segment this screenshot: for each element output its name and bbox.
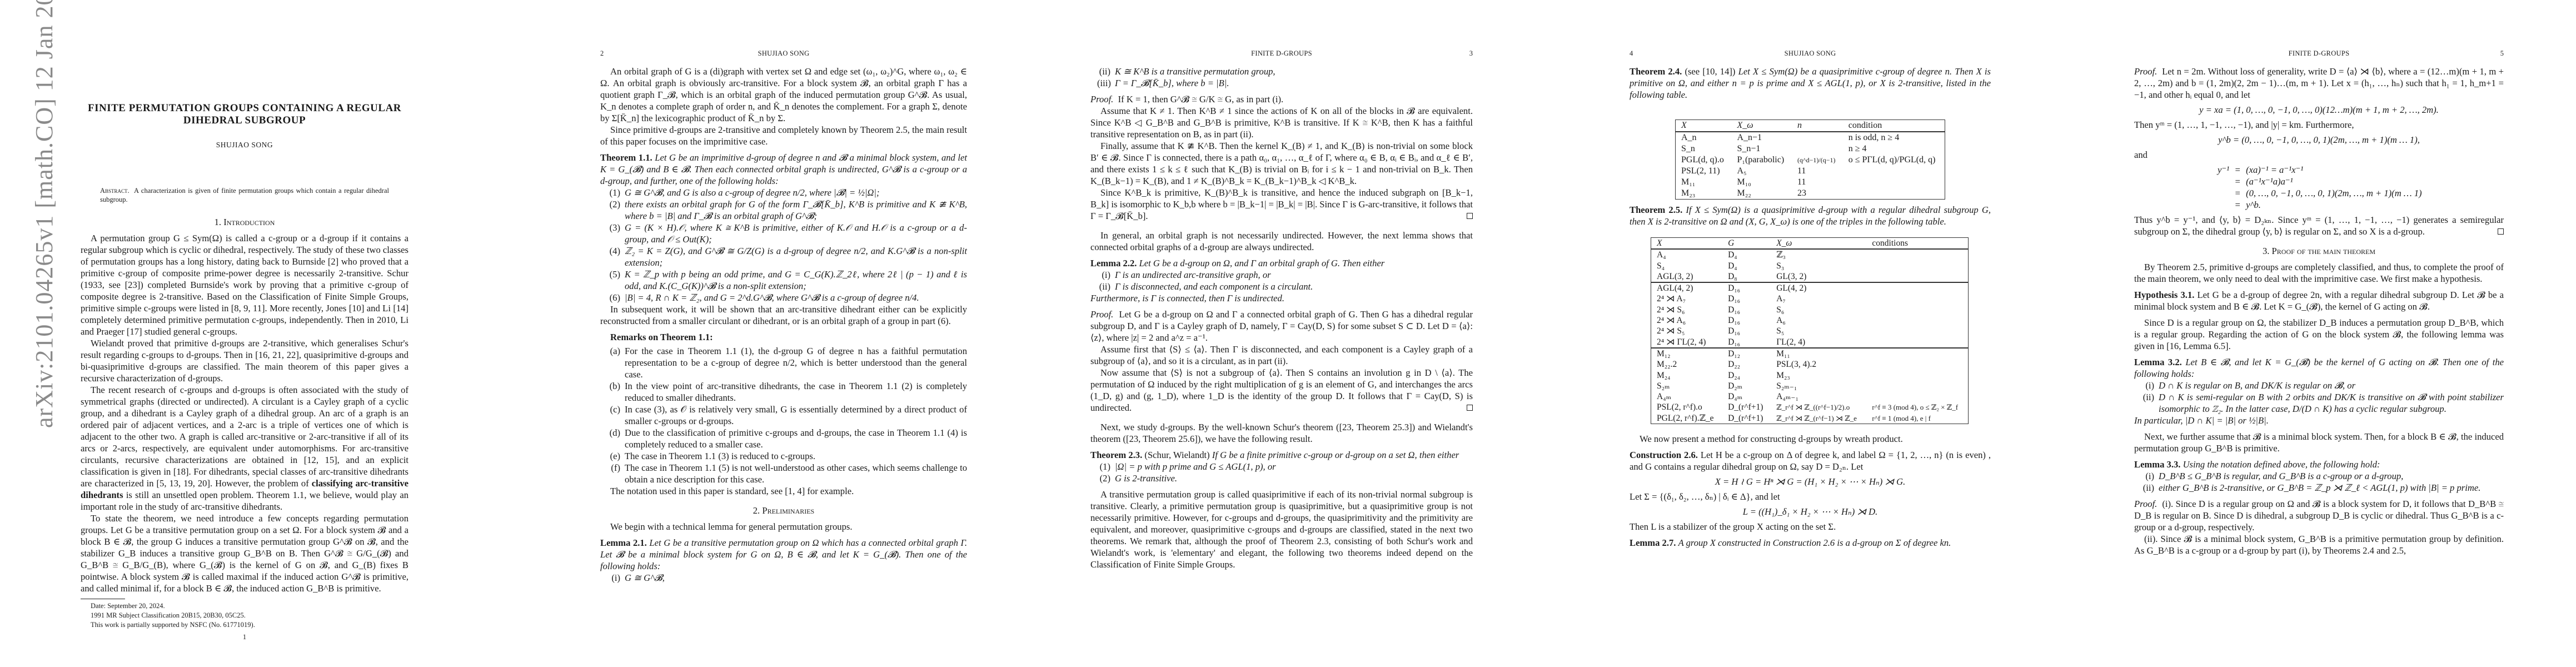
proof-label: Proof. — [2134, 499, 2157, 509]
eq-lhs — [2218, 199, 2229, 211]
page-number: 1 — [81, 631, 408, 643]
cell: S₅ — [1771, 326, 1866, 336]
cell — [1866, 337, 1968, 348]
cell: ℤ_r^f ⋊ ℤ_((r^f−1)/2).o — [1771, 402, 1866, 412]
remark-item: (b)In the view point of arc-transitive d… — [600, 380, 967, 404]
page-number: 3 — [1469, 48, 1473, 59]
table-row: A₄D₄ℤ₃ — [1651, 249, 1969, 260]
lemma-item: (i)G ≅ G^𝓑, — [600, 572, 967, 584]
cell: ΓL(2, 4) — [1771, 337, 1866, 348]
table-row: PGL(2, r^f).ℤ_eD_(r^f+1)ℤ_r^f ⋊ ℤ_(r^f−1… — [1651, 413, 1969, 424]
remarks-heading-text: Remarks on Theorem 1.1: — [610, 332, 713, 342]
cell — [1866, 271, 1968, 282]
item-label: (4) — [607, 245, 624, 257]
item-label: (2) — [607, 198, 624, 210]
cell — [1866, 293, 1968, 304]
running-header: 2 SHUJIAO SONG — [600, 48, 967, 57]
eq-op: = — [2229, 199, 2246, 211]
table-row: A_nA_n−1n is odd, n ≥ 4 — [1676, 132, 1945, 143]
eq-rhs: y^b. — [2246, 199, 2421, 211]
hypothesis-3-1: Hypothesis 3.1. Let G be a d-group of de… — [2134, 289, 2504, 312]
cell: AGL(4, 2) — [1651, 282, 1723, 293]
lemma-label: Lemma 2.1. — [600, 537, 647, 548]
table-row: 2⁴ ⋊ ΓL(2, 4)D₁₆ΓL(2, 4) — [1651, 337, 1969, 348]
item-label: (f) — [607, 462, 624, 474]
proof-paragraph: (ii). Since 𝓑 is a minimal block system,… — [2134, 533, 2504, 556]
cell: A₆ — [1771, 315, 1866, 326]
cell: 23 — [1792, 188, 1843, 200]
paragraph-quasiprimitive: A transitive permutation group is called… — [1090, 489, 1473, 570]
item-text: In case (3), as 𝒪 is relatively very sma… — [625, 404, 967, 426]
table-row: S_nS_n−1n ≥ 4 — [1676, 143, 1945, 155]
cell — [1866, 391, 1968, 402]
paragraph-then-l: Then L is a stabilizer of the group X ac… — [1630, 521, 1991, 532]
cell — [1866, 249, 1968, 260]
cell — [1843, 166, 1945, 177]
cell: D₁₂ — [1722, 348, 1771, 359]
item-text: G = (K × H).𝒪, where K ≅ K^B is primitiv… — [625, 222, 967, 245]
section-heading-preliminaries: 2. Preliminaries — [600, 505, 967, 516]
cell: D₁₆ — [1722, 337, 1771, 348]
theorem-2-3: Theorem 2.3. (Schur, Wielandt) If G be a… — [1090, 449, 1473, 461]
intro-paragraph-3-text: The recent research of c-groups and d-gr… — [81, 385, 408, 489]
page-5: FINITE D-GROUPS 5 Proof. Let n = 2m. Wit… — [2134, 0, 2504, 667]
lemma-item: (ii)either G_B^B is 2-transitive, or G_B… — [2134, 482, 2504, 494]
proof-text: Thus y^b = y⁻¹, and ⟨y, b⟩ = D₂ₖₙ. Since… — [2134, 215, 2504, 237]
table-row: M₂₃M₂₂23 — [1676, 188, 1945, 200]
cell: A₅ — [1731, 166, 1792, 177]
eq-op: = — [2229, 164, 2246, 176]
eq-rhs: (a⁻¹x⁻¹a)a⁻¹ — [2246, 176, 2421, 187]
cell: PSL(2, 11) — [1676, 166, 1732, 177]
lemma-2-1: Lemma 2.1. Let G be a transitive permuta… — [600, 537, 967, 572]
table-header-row: X G X_ω conditions — [1651, 238, 1969, 250]
paragraph-schur-wielandt: Next, we study d-groups. By the well-kno… — [1090, 421, 1473, 445]
cell — [1792, 132, 1843, 143]
proof-lemma-2-2: Proof. Let G be a d-group on Ω and Γ a c… — [1090, 308, 1473, 344]
running-head-title: SHUJIAO SONG — [600, 48, 967, 59]
table-row: A₄ₘD₄ₘA₄ₘ₋₁ — [1651, 391, 1969, 402]
arxiv-stamp: arXiv:2101.04265v1 [math.CO] 12 Jan 2021 — [3, 50, 37, 428]
cell: M₁₂ — [1651, 348, 1723, 359]
running-header: FINITE D-GROUPS 5 — [2134, 48, 2504, 57]
cell — [1866, 381, 1968, 391]
cell: (q^d−1)/(q−1) — [1792, 155, 1843, 166]
word-and: and — [2134, 149, 2504, 161]
paragraph-then-ym: Then yᵐ = (1, …, 1, −1, …, −1), and |y| … — [2134, 119, 2504, 131]
paragraph-wreath-product: We now present a method for constructing… — [1630, 433, 1991, 445]
footnote-date: Date: September 20, 2024. — [81, 601, 408, 611]
item-label: (e) — [607, 450, 624, 462]
item-text: D ∩ K is semi-regular on B with 2 orbits… — [2159, 392, 2504, 414]
page-4: 4 SHUJIAO SONG Theorem 2.4. (see [10, 14… — [1630, 0, 1991, 667]
lemma-statement: Let G be a d-group on Ω, and Γ an orbita… — [1139, 258, 1385, 268]
item-text: Due to the classification of primitive c… — [625, 427, 967, 450]
item-text: D_B^B ≤ G_B^B is regular, and G_B^B is a… — [2159, 471, 2403, 481]
theorem-item: (5)K = ℤ_p with p being an odd prime, an… — [600, 268, 967, 292]
proof-lemma-3-3: Proof. (i). Since D is a regular group o… — [2134, 498, 2504, 533]
theorem-statement: If X ≤ Sym(Ω) is a quasiprimitive d-grou… — [1630, 205, 1991, 227]
cell: o ≤ PΓL(d, q)/PGL(d, q) — [1843, 155, 1945, 166]
proof-paragraph: Thus y^b = y⁻¹, and ⟨y, b⟩ = D₂ₖₙ. Since… — [2134, 214, 2504, 237]
lemma-3-2: Lemma 3.2. Let B ∈ 𝓑, and let K = G_(𝓑) … — [2134, 356, 2504, 380]
item-text: there exists an orbital graph for G of t… — [625, 199, 967, 221]
cell: M₂₂.2 — [1651, 359, 1723, 370]
theorem-1-1: Theorem 1.1. Let G be an imprimitive d-g… — [600, 152, 967, 187]
item-label: (ii) — [2141, 391, 2158, 403]
item-text: G ≅ G^𝓑, and G is also a c-group of degr… — [625, 187, 879, 198]
item-label: (c) — [607, 404, 624, 415]
footnote-classification: 1991 MR Subject Classification 20B15, 20… — [81, 611, 408, 620]
item-text: either G_B^B is 2-transitive, or G_B^B =… — [2159, 482, 2480, 493]
proof-paragraph: Assume that K ≠ 1. Then K^B ≠ 1 since th… — [1090, 105, 1473, 140]
item-text: In the view point of arc-transitive dihe… — [625, 381, 967, 403]
intro-paragraph-3-tail: is still an unsettled open problem. Theo… — [81, 490, 408, 512]
lemma-item: (i)D_B^B ≤ G_B^B is regular, and G_B^B i… — [2134, 470, 2504, 482]
theorem-item: (3)G = (K × H).𝒪, where K ≅ K^B is primi… — [600, 222, 967, 245]
theorem-statement: If G be a finite primitive c-group or d-… — [1212, 450, 1459, 460]
cell: M₂₄ — [1651, 370, 1723, 381]
proof-label: Proof. — [2134, 66, 2157, 77]
cell: r^f ≡ 1 (mod 4), e | f — [1866, 413, 1968, 424]
item-text: G is 2-transitive. — [1115, 473, 1177, 484]
cell: S₂ₘ₋₁ — [1771, 381, 1866, 391]
header-cell: condition — [1843, 120, 1945, 132]
cell: D₁₆ — [1722, 305, 1771, 315]
table-row: M₁₂D₁₂M₁₁ — [1651, 348, 1969, 359]
item-label: (b) — [607, 380, 624, 392]
item-label: (5) — [607, 268, 624, 280]
table-row: PSL(2, r^f).oD_(r^f+1)ℤ_r^f ⋊ ℤ_((r^f−1)… — [1651, 402, 1969, 412]
theorem-label: Theorem 2.5. — [1630, 205, 1682, 215]
running-head-title: SHUJIAO SONG — [1630, 48, 1991, 59]
cell: A₄ — [1651, 249, 1723, 260]
cell: AGL(3, 2) — [1651, 271, 1723, 282]
item-text: The case in Theorem 1.1 (5) is not well-… — [625, 462, 967, 485]
paragraph-notation: The notation used in this paper is stand… — [600, 485, 967, 497]
proof-label: Proof. — [1090, 309, 1113, 320]
construction-label: Construction 2.6. — [1630, 450, 1698, 460]
cell: D₁₆ — [1722, 326, 1771, 336]
item-label: (d) — [607, 427, 624, 439]
item-label: (a) — [607, 345, 624, 357]
theorem-item: (2)G is 2-transitive. — [1090, 472, 1473, 484]
item-label: (3) — [607, 222, 624, 233]
table-c-groups: X X_ω n condition A_nA_n−1n is odd, n ≥ … — [1675, 120, 1945, 200]
paragraph-minimal-block: Next, we further assume that 𝓑 is a mini… — [2134, 431, 2504, 454]
cell — [1866, 305, 1968, 315]
lemma-3-3: Lemma 3.3. Using the notation defined ab… — [2134, 459, 2504, 470]
item-text: Γ is an undirected arc-transitive graph,… — [1115, 270, 1271, 280]
cell: ℤ_r^f ⋊ ℤ_(r^f−1) ⋊ ℤ_e — [1771, 413, 1866, 424]
cell: A₇ — [1771, 293, 1866, 304]
remark-item: (c)In case (3), as 𝒪 is relatively very … — [600, 404, 967, 427]
theorem-item: (4)ℤ₂ = K = Z(G), and G^𝓑 ≅ G/Z(G) is a … — [600, 245, 967, 268]
proof-text: Since K^B_k is primitive, K_(B)^B_k is t… — [1090, 187, 1473, 221]
table-row: AGL(4, 2)D₁₆GL(4, 2) — [1651, 282, 1969, 293]
equation-stabilizer: L = ((H₁)_δ₁ × H₂ × ⋯ × Hₙ) ⋊ D. — [1630, 506, 1991, 517]
page-number: 5 — [2500, 48, 2504, 59]
cell: n ≥ 4 — [1843, 143, 1945, 155]
cell: S_n — [1676, 143, 1732, 155]
cell: 2⁴ ⋊ A₆ — [1651, 315, 1723, 326]
cell: 11 — [1792, 177, 1843, 188]
theorem-2-4: Theorem 2.4. (see [10, 14]) Let X ≤ Sym(… — [1630, 66, 1991, 101]
cell: S₂ₘ — [1651, 381, 1723, 391]
running-head-title: FINITE D-GROUPS — [1090, 48, 1473, 59]
cell — [1866, 370, 1968, 381]
lemma-item: (ii)Γ is disconnected, and each componen… — [1090, 281, 1473, 292]
cell — [1866, 348, 1968, 359]
cell: S₆ — [1771, 305, 1866, 315]
lemma-statement: Using the notation defined above, the fo… — [2183, 459, 2380, 470]
header-cell: conditions — [1866, 238, 1968, 250]
proof-paragraph: Assume first that ⟨S⟩ ≤ ⟨a⟩. Then Γ is d… — [1090, 344, 1473, 367]
qed-square-icon — [2498, 228, 2504, 235]
cell: D₂ₘ — [1722, 381, 1771, 391]
table-header-row: X X_ω n condition — [1676, 120, 1945, 132]
proof-label: Proof. — [1090, 94, 1113, 104]
paper-title: FINITE PERMUTATION GROUPS CONTAINING A R… — [81, 102, 408, 127]
paragraph-orbital-graph: An orbital graph of G is a (di)graph wit… — [600, 66, 967, 124]
cell: S₃ — [1771, 261, 1866, 271]
lemma-label: Lemma 3.3. — [2134, 459, 2180, 470]
footnote-funding: This work is partially supported by NSFC… — [81, 620, 408, 630]
lemma-label: Lemma 2.2. — [1090, 258, 1137, 268]
eq-lhs: y⁻¹ — [2218, 164, 2229, 176]
item-text: ℤ₂ = K = Z(G), and G^𝓑 ≅ G/Z(G) is a d-g… — [625, 246, 967, 268]
cell: ℤ₃ — [1771, 249, 1866, 260]
cell: D₁₆ — [1722, 315, 1771, 326]
page-2: 2 SHUJIAO SONG An orbital graph of G is … — [600, 0, 967, 667]
cell: PGL(d, q).o — [1676, 155, 1732, 166]
proof-paragraph: Finally, assume that K ≇ K^B. Then the k… — [1090, 140, 1473, 187]
header-cell: X_ω — [1731, 120, 1792, 132]
equation-array: y⁻¹=(xa)⁻¹ = a⁻¹x⁻¹ =(a⁻¹x⁻¹a)a⁻¹ =(0, …… — [2218, 164, 2422, 211]
hypothesis-label: Hypothesis 3.1. — [2134, 290, 2194, 300]
cell: PSL(3, 4).2 — [1771, 359, 1866, 370]
cell: 11 — [1792, 166, 1843, 177]
paragraph-technical-lemma: We begin with a technical lemma for gene… — [600, 521, 967, 532]
item-label: (ii) — [1097, 281, 1114, 292]
theorem-item: (1)|Ω| = p with p prime and G ≤ AGL(1, p… — [1090, 461, 1473, 472]
cell: n is odd, n ≥ 4 — [1843, 132, 1945, 143]
item-text: The case in Theorem 1.1 (3) is reduced t… — [625, 451, 815, 461]
cell: D_(r^f+1) — [1722, 413, 1771, 424]
table-row: M₂₂.2D₂₂PSL(3, 4).2 — [1651, 359, 1969, 370]
theorem-statement: Let X ≤ Sym(Ω) be a quasiprimitive c-gro… — [1630, 66, 1991, 100]
lemma-tail: In particular, |D ∩ K| = |B| or ½|B|. — [2134, 415, 2504, 426]
intro-paragraph-4: To state the theorem, we need introduce … — [81, 512, 408, 594]
cell: D_(r^f+1) — [1722, 402, 1771, 412]
header-cell: X_ω — [1771, 238, 1866, 250]
cell: PGL(2, r^f).ℤ_e — [1651, 413, 1723, 424]
item-text: |Ω| = p with p prime and G ≤ AGL(1, p), … — [1115, 461, 1276, 472]
cell — [1843, 177, 1945, 188]
table-row: PSL(2, 11)A₅11 — [1676, 166, 1945, 177]
lemma-item: (i)Γ is an undirected arc-transitive gra… — [1090, 269, 1473, 281]
eq-rhs: (xa)⁻¹ = a⁻¹x⁻¹ — [2246, 164, 2421, 176]
intro-paragraph-2: Wielandt proved that primitive d-groups … — [81, 337, 408, 384]
author-name: SHUJIAO SONG — [81, 139, 408, 151]
eq-op: = — [2229, 187, 2246, 199]
item-text: For the case in Theorem 1.1 (1), the d-g… — [625, 346, 967, 380]
proof-paragraph: Since K^B_k is primitive, K_(B)^B_k is t… — [1090, 187, 1473, 222]
cell: A_n — [1676, 132, 1732, 143]
lemma-statement: A group X constructed in Construction 2.… — [1678, 537, 1951, 548]
eq-lhs — [2218, 187, 2229, 199]
construction-2-6: Construction 2.6. Let H be a c-group on … — [1630, 449, 1991, 472]
theorem-item: (2)there exists an orbital graph for G o… — [600, 198, 967, 222]
abstract-label: Abstract. — [100, 187, 129, 195]
item-label: (ii) — [2141, 482, 2158, 494]
proof-text: Let G be a d-group on Ω and Γ a connecte… — [1090, 309, 1473, 343]
item-label: (i) — [1097, 269, 1114, 281]
lemma-2-2: Lemma 2.2. Let G be a d-group on Ω, and … — [1090, 257, 1473, 269]
eq-rhs: (0, …, 0, −1, 0, …, 0, 1)(2m, …, m + 1)(… — [2246, 187, 2421, 199]
header-cell: n — [1792, 120, 1843, 132]
item-label: (6) — [607, 292, 624, 303]
remarks-heading: Remarks on Theorem 1.1: — [600, 331, 967, 343]
table-row: 2⁴ ⋊ A₆D₁₆A₆ — [1651, 315, 1969, 326]
theorem-item: (1)G ≅ G^𝓑, and G is also a c-group of d… — [600, 187, 967, 198]
table-row: 2⁴ ⋊ A₇D₁₆A₇ — [1651, 293, 1969, 304]
cell: M₁₁ — [1676, 177, 1732, 188]
title-line-1: FINITE PERMUTATION GROUPS CONTAINING A R… — [81, 102, 408, 115]
lemma-item: (ii)K ≅ K^B is a transitive permutation … — [1090, 66, 1473, 77]
lemma-item: (ii)D ∩ K is semi-regular on B with 2 or… — [2134, 391, 2504, 415]
theorem-statement: Let G be an imprimitive d-group of degre… — [600, 152, 967, 186]
item-label: (ii) — [1097, 66, 1114, 77]
proof-text: Let n = 2m. Without loss of generality, … — [2134, 66, 2504, 100]
section-heading-proof: 3. Proof of the main theorem — [2134, 245, 2504, 257]
header-cell: X — [1676, 120, 1732, 132]
paragraph-by-theorem: By Theorem 2.5, primitive d-groups are c… — [2134, 261, 2504, 285]
equation-wreath: X = H ≀ G = Hⁿ ⋊ G = (H₁ × H₂ × ⋯ × Hₙ) … — [1630, 476, 1991, 487]
cell — [1866, 261, 1968, 271]
running-header: 4 SHUJIAO SONG — [1630, 48, 1991, 57]
header-cell: X — [1651, 238, 1723, 250]
table-row: S₄D₄S₃ — [1651, 261, 1969, 271]
lemma-tail: Furthermore, is Γ is connected, then Γ i… — [1090, 292, 1473, 304]
table-d-groups: X G X_ω conditions A₄D₄ℤ₃ S₄D₄S₃ AGL(3, … — [1651, 237, 1969, 424]
cell: PSL(2, r^f).o — [1651, 402, 1723, 412]
table-row: M₂₄D₂₄M₂₃ — [1651, 370, 1969, 381]
qed-square-icon — [1467, 213, 1473, 219]
item-text: |B| = 4, R ∩ K = ℤ₂, and G = 2^d.G^𝓑, wh… — [625, 292, 919, 303]
cell: 2⁴ ⋊ ΓL(2, 4) — [1651, 337, 1723, 348]
cell: M₂₃ — [1771, 370, 1866, 381]
proof-text: If K = 1, then G^𝓑 ≅ G/K ≅ G, as in part… — [1118, 94, 1284, 104]
proof-paragraph: Now assume that ⟨S⟩ is not a subgroup of… — [1090, 367, 1473, 414]
cell: A₄ₘ — [1651, 391, 1723, 402]
remark-item: (e)The case in Theorem 1.1 (3) is reduce… — [600, 450, 967, 462]
equation-y: y = xa = (1, 0, …, 0, −1, 0, …, 0)(12…m)… — [2134, 104, 2504, 116]
cell: S_n−1 — [1731, 143, 1792, 155]
cell: M₁₀ — [1731, 177, 1792, 188]
cell: S₄ — [1651, 261, 1723, 271]
lemma-statement: Let B ∈ 𝓑, and let K = G_(𝓑) be the kern… — [2134, 357, 2504, 379]
paragraph-subsequent-work: In subsequent work, it will be shown tha… — [600, 303, 967, 327]
item-label: (1) — [607, 187, 624, 198]
item-text: K ≅ K^B is a transitive permutation grou… — [1115, 66, 1275, 77]
abstract: Abstract. A characterization is given of… — [81, 186, 408, 204]
qed-square-icon — [1467, 405, 1473, 411]
cell: M₂₃ — [1676, 188, 1732, 200]
item-label: (1) — [1097, 461, 1114, 472]
cell: GL(3, 2) — [1771, 271, 1866, 282]
arxiv-identifier: arXiv:2101.04265v1 [math.CO] 12 Jan 2021 — [30, 0, 58, 428]
item-label: (i) — [607, 572, 624, 584]
intro-paragraph-1: A permutation group G ≤ Sym(Ω) is called… — [81, 232, 408, 337]
item-label: (i) — [2141, 470, 2158, 482]
cell: D₄ₘ — [1722, 391, 1771, 402]
table-row: AGL(3, 2)D₈GL(3, 2) — [1651, 271, 1969, 282]
item-label: (iii) — [1097, 77, 1114, 89]
cell: P₁(parabolic) — [1731, 155, 1792, 166]
cell: A_n−1 — [1731, 132, 1792, 143]
lemma-2-7: Lemma 2.7. A group X constructed in Cons… — [1630, 537, 1991, 549]
cell: 2⁴ ⋊ S₅ — [1651, 326, 1723, 336]
cell: GL(4, 2) — [1771, 282, 1866, 293]
cell: 2⁴ ⋊ A₇ — [1651, 293, 1723, 304]
item-text: D ∩ K is regular on B, and DK/K is regul… — [2159, 380, 2355, 391]
cell: A₄ₘ₋₁ — [1771, 391, 1866, 402]
cell: D₄ — [1722, 261, 1771, 271]
cell: M₂₂ — [1731, 188, 1792, 200]
theorem-label: Theorem 2.3. — [1090, 450, 1142, 460]
paragraph-primitive: Since primitive d-groups are 2-transitiv… — [600, 124, 967, 147]
intro-paragraph-3: The recent research of c-groups and d-gr… — [81, 384, 408, 512]
item-text: Γ = Γ_𝓑[K̄_b], where b = |B|. — [1115, 78, 1229, 88]
running-head-title: FINITE D-GROUPS — [2134, 48, 2504, 59]
running-header: FINITE D-GROUPS 3 — [1090, 48, 1473, 57]
theorem-citation: (see [10, 14]) — [1685, 66, 1735, 77]
table-row: 2⁴ ⋊ S₆D₁₆S₆ — [1651, 305, 1969, 315]
table-row: PGL(d, q).oP₁(parabolic)(q^d−1)/(q−1)o ≤… — [1676, 155, 1945, 166]
cell: D₄ — [1722, 249, 1771, 260]
cell: D₂₄ — [1722, 370, 1771, 381]
lemma-label: Lemma 3.2. — [2134, 357, 2182, 367]
cell — [1843, 188, 1945, 200]
table-row: 2⁴ ⋊ S₅D₁₆S₅ — [1651, 326, 1969, 336]
cell: 2⁴ ⋊ S₆ — [1651, 305, 1723, 315]
eq-op: = — [2229, 176, 2246, 187]
remark-item: (a)For the case in Theorem 1.1 (1), the … — [600, 345, 967, 380]
header-cell: G — [1722, 238, 1771, 250]
remark-item: (f)The case in Theorem 1.1 (5) is not we… — [600, 462, 967, 485]
cell — [1866, 326, 1968, 336]
cell: M₁₁ — [1771, 348, 1866, 359]
paragraph-let-sigma: Let Σ = {(δ₁, δ₂, …, δₙ) | δᵢ ∈ Δ}, and … — [1630, 491, 1991, 502]
paragraph-orbital-undirected: In general, an orbital graph is not nece… — [1090, 230, 1473, 253]
theorem-label: Theorem 1.1. — [600, 152, 652, 163]
abstract-text: A characterization is given of finite pe… — [100, 187, 389, 203]
paragraph-regular-group: Since D is a regular group on Ω, the sta… — [2134, 317, 2504, 352]
section-heading-introduction: 1. Introduction — [81, 216, 408, 228]
lemma-item: (i)D ∩ K is regular on B, and DK/K is re… — [2134, 380, 2504, 391]
item-label: (2) — [1097, 472, 1114, 484]
cell — [1866, 315, 1968, 326]
page-3: FINITE D-GROUPS 3 (ii)K ≅ K^B is a trans… — [1090, 0, 1473, 667]
lemma-statement: Let G be a transitive permutation group … — [600, 537, 967, 571]
proof-text: (i). Since D is a regular group on Ω and… — [2134, 499, 2504, 532]
eq-lhs — [2218, 176, 2229, 187]
title-line-2: DIHEDRAL SUBGROUP — [81, 115, 408, 127]
cell: D₁₆ — [1722, 282, 1771, 293]
item-text: K = ℤ_p with p being an odd prime, and G… — [625, 269, 967, 291]
cell: D₂₂ — [1722, 359, 1771, 370]
